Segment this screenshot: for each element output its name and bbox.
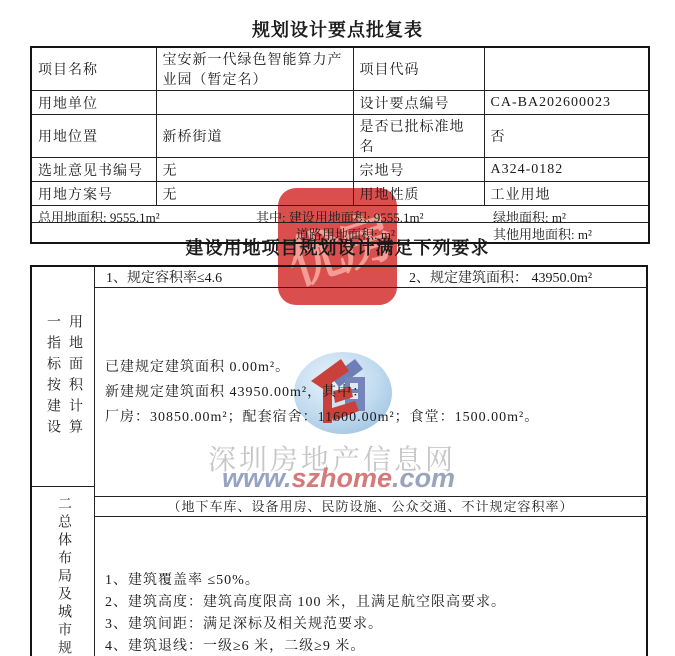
section1-header-col-left: 一指标按建设: [41, 314, 63, 440]
plot-ratio-row: 1、规定容积率≤4.6 2、规定建筑面积： 43950.0m²: [95, 267, 646, 288]
label-parcel-no: 宗地号: [353, 158, 484, 182]
green-area: 绿地面积: m²: [493, 207, 566, 223]
total-land-area: 总用地面积: 9555.1m²: [38, 207, 160, 223]
label-land-unit: 用地单位: [31, 91, 156, 115]
new-area-line: 新建规定建筑面积 43950.00m²，其中：: [105, 380, 646, 405]
table-row-area-1: 总用地面积: 9555.1m² 其中: 建设用地面积: 9555.1m² 绿地面…: [31, 206, 649, 223]
value-parcel-no: A324-0182: [484, 158, 649, 182]
section1-header-col-right: 用地面积计算: [63, 314, 85, 440]
document-page: 优房 深圳房地产信息网 www.szhome.com 规划设计要点批复表 建: [0, 0, 675, 656]
value-design-no: CA-BA202600023: [484, 91, 649, 115]
section1-header: 一指标按建设 用地面积计算: [32, 267, 94, 487]
label-project-name: 项目名称: [31, 47, 156, 91]
section2-header-text: 二总体布局及城市规: [52, 496, 74, 656]
table-row: 用地方案号 无 用地性质 工业用地: [31, 182, 649, 206]
label-land-use: 用地性质: [353, 182, 484, 206]
value-project-code: [484, 47, 649, 91]
value-approved-name: 否: [484, 115, 649, 158]
list-item: 4、建筑退线：一级≥6 米，二级≥9 米。: [105, 636, 646, 656]
area-breakdown-line: 厂房：30850.00m²；配套宿舍：11600.00m²；食堂：1500.00…: [105, 405, 646, 430]
list-item: 3、建筑间距：满足深标及相关规范要求。: [105, 614, 646, 636]
requirements-table: 一指标按建设 用地面积计算 二总体布局及城市规 1、规定容积率≤4.6 2、规定…: [30, 265, 648, 656]
exclusion-note: （地下车库、设备用房、民防设施、公众交通、不计规定容积率）: [95, 497, 646, 517]
building-area-item: 2、规定建筑面积： 43950.0m²: [409, 267, 646, 287]
label-site-opinion-no: 选址意见书编号: [31, 158, 156, 182]
requirements-content: 1、规定容积率≤4.6 2、规定建筑面积： 43950.0m² 已建规定建筑面积…: [95, 267, 646, 656]
list-item: 2、建筑高度：建筑高度限高 100 米，且满足航空限高要求。: [105, 592, 646, 614]
building-area-detail: 已建规定建筑面积 0.00m²。 新建规定建筑面积 43950.00m²，其中：…: [95, 288, 646, 497]
label-land-location: 用地位置: [31, 115, 156, 158]
table-row: 用地位置 新桥街道 是否已批标准地名 否: [31, 115, 649, 158]
table-row: 项目名称 宝安新一代绿色智能算力产业园（暂定名） 项目代码: [31, 47, 649, 91]
label-approved-name: 是否已批标准地名: [353, 115, 484, 158]
value-land-location: 新桥街道: [156, 115, 353, 158]
value-land-plan-no: 无: [156, 182, 353, 206]
label-project-code: 项目代码: [353, 47, 484, 91]
page-title: 规划设计要点批复表: [0, 16, 675, 42]
construction-land-area: 其中: 建设用地面积: 9555.1m²: [256, 207, 423, 223]
plot-ratio-item: 1、规定容积率≤4.6: [95, 267, 409, 287]
section-header-column: 一指标按建设 用地面积计算 二总体布局及城市规: [32, 267, 95, 656]
label-design-no: 设计要点编号: [353, 91, 484, 115]
label-land-plan-no: 用地方案号: [31, 182, 156, 206]
built-area-line: 已建规定建筑面积 0.00m²。: [105, 355, 646, 380]
table-row: 用地单位 设计要点编号 CA-BA202600023: [31, 91, 649, 115]
list-item: 1、建筑覆盖率 ≤50%。: [105, 570, 646, 592]
other-area: 其他用地面积: m²: [493, 224, 592, 243]
section2-header: 二总体布局及城市规: [32, 487, 94, 656]
table-row-area-2: 道路用地面积: m² 其他用地面积: m²: [31, 223, 649, 244]
value-land-use: 工业用地: [484, 182, 649, 206]
value-land-unit: [156, 91, 353, 115]
value-project-name: 宝安新一代绿色智能算力产业园（暂定名）: [156, 47, 353, 91]
project-info-table: 项目名称 宝安新一代绿色智能算力产业园（暂定名） 项目代码 用地单位 设计要点编…: [30, 46, 650, 244]
road-area: 道路用地面积: m²: [296, 224, 395, 243]
table-row: 选址意见书编号 无 宗地号 A324-0182: [31, 158, 649, 182]
layout-requirements-list: 1、建筑覆盖率 ≤50%。 2、建筑高度：建筑高度限高 100 米，且满足航空限…: [95, 517, 646, 656]
value-site-opinion-no: 无: [156, 158, 353, 182]
